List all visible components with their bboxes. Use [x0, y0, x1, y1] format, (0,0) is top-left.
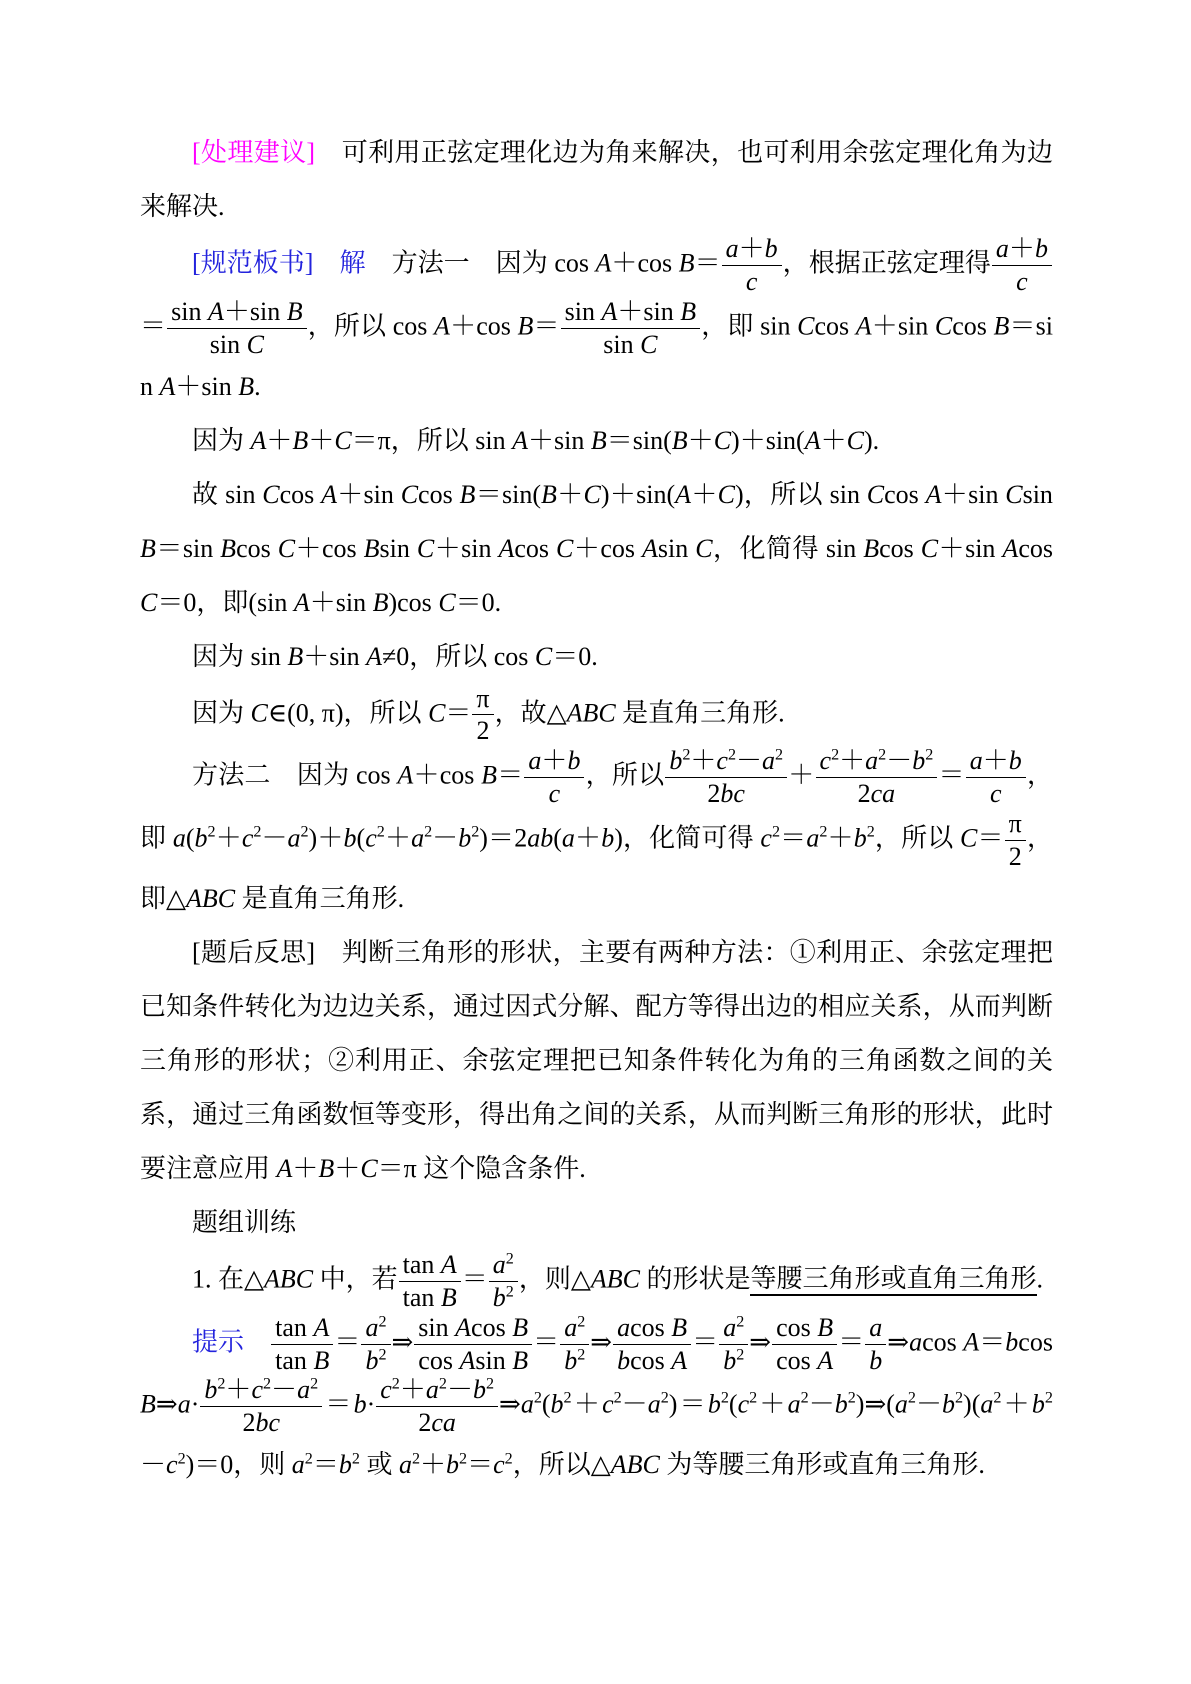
fraction: π2 — [1004, 809, 1027, 872]
colored-tag: [处理建议] — [192, 138, 315, 167]
document-page: [处理建议] 可利用正弦定理化边为角来解决，也可利用余弦定理化角为边来解决. [… — [0, 0, 1191, 1684]
para-method1-nonzero: 因为 sin B＋sin A≠0，所以 cos C＝0. — [140, 630, 1053, 684]
fraction: c2＋a2－b22ca — [815, 746, 939, 809]
fraction: sin A＋sin Bsin C — [560, 297, 701, 360]
fraction: a＋bc — [523, 746, 585, 809]
fraction: π2 — [471, 684, 494, 747]
para-handling-advice: [处理建议] 可利用正弦定理化边为角来解决，也可利用余弦定理化角为边来解决. — [140, 126, 1053, 234]
answer-underline: 等腰三角形或直角三角形 — [750, 1264, 1036, 1296]
para-method1-conclusion: 因为 C∈(0, π)，所以 C＝π2，故△ABC 是直角三角形. — [140, 684, 1053, 747]
para-standard-solution: [规范板书] 解 方法一 因为 cos A＋cos B＝a＋bc，根据正弦定理得… — [140, 234, 1053, 414]
para-method2: 方法二 因为 cos A＋cos B＝a＋bc，所以b2＋c2－a22bc＋c2… — [140, 746, 1053, 926]
fraction: c2＋a2－b22ca — [375, 1375, 499, 1438]
fraction: acos Bbcos A — [612, 1313, 692, 1376]
fraction: a2b2 — [360, 1313, 391, 1376]
colored-tag: [规范板书] — [192, 248, 313, 277]
fraction: a＋bc — [991, 234, 1053, 297]
fraction: sin A＋sin Bsin C — [166, 297, 307, 360]
fraction: a2b2 — [718, 1313, 749, 1376]
para-exercise-group-heading: 题组训练 — [140, 1196, 1053, 1250]
colored-tag: 解 — [340, 248, 366, 277]
fraction: ab — [864, 1313, 887, 1376]
fraction: a2b2 — [559, 1313, 590, 1376]
fraction: a2b2 — [488, 1250, 519, 1313]
para-exercise-1: 1. 在△ABC 中，若tan Atan B＝a2b2，则△ABC 的形状是等腰… — [140, 1250, 1053, 1313]
fraction: b2＋c2－a22bc — [199, 1375, 323, 1438]
colored-tag: 提示 — [192, 1327, 244, 1356]
para-method1-expand: 故 sin Ccos A＋sin Ccos B＝sin(B＋C)＋sin(A＋C… — [140, 468, 1053, 630]
para-post-reflection: [题后反思] 判断三角形的形状，主要有两种方法：①利用正、余弦定理把已知条件转化… — [140, 926, 1053, 1196]
fraction: a＋bc — [965, 746, 1027, 809]
fraction: tan Atan B — [270, 1313, 334, 1376]
para-method1-angle-sum: 因为 A＋B＋C＝π，所以 sin A＋sin B＝sin(B＋C)＋sin(A… — [140, 414, 1053, 468]
fraction: b2＋c2－a22bc — [664, 746, 788, 809]
fraction: tan Atan B — [398, 1250, 462, 1313]
para-exercise-1-hint: 提示 tan Atan B＝a2b2⇒sin Acos Bcos Asin B＝… — [140, 1313, 1053, 1493]
fraction: cos Bcos A — [771, 1313, 838, 1376]
fraction: a＋bc — [721, 234, 783, 297]
fraction: sin Acos Bcos Asin B — [413, 1313, 533, 1376]
